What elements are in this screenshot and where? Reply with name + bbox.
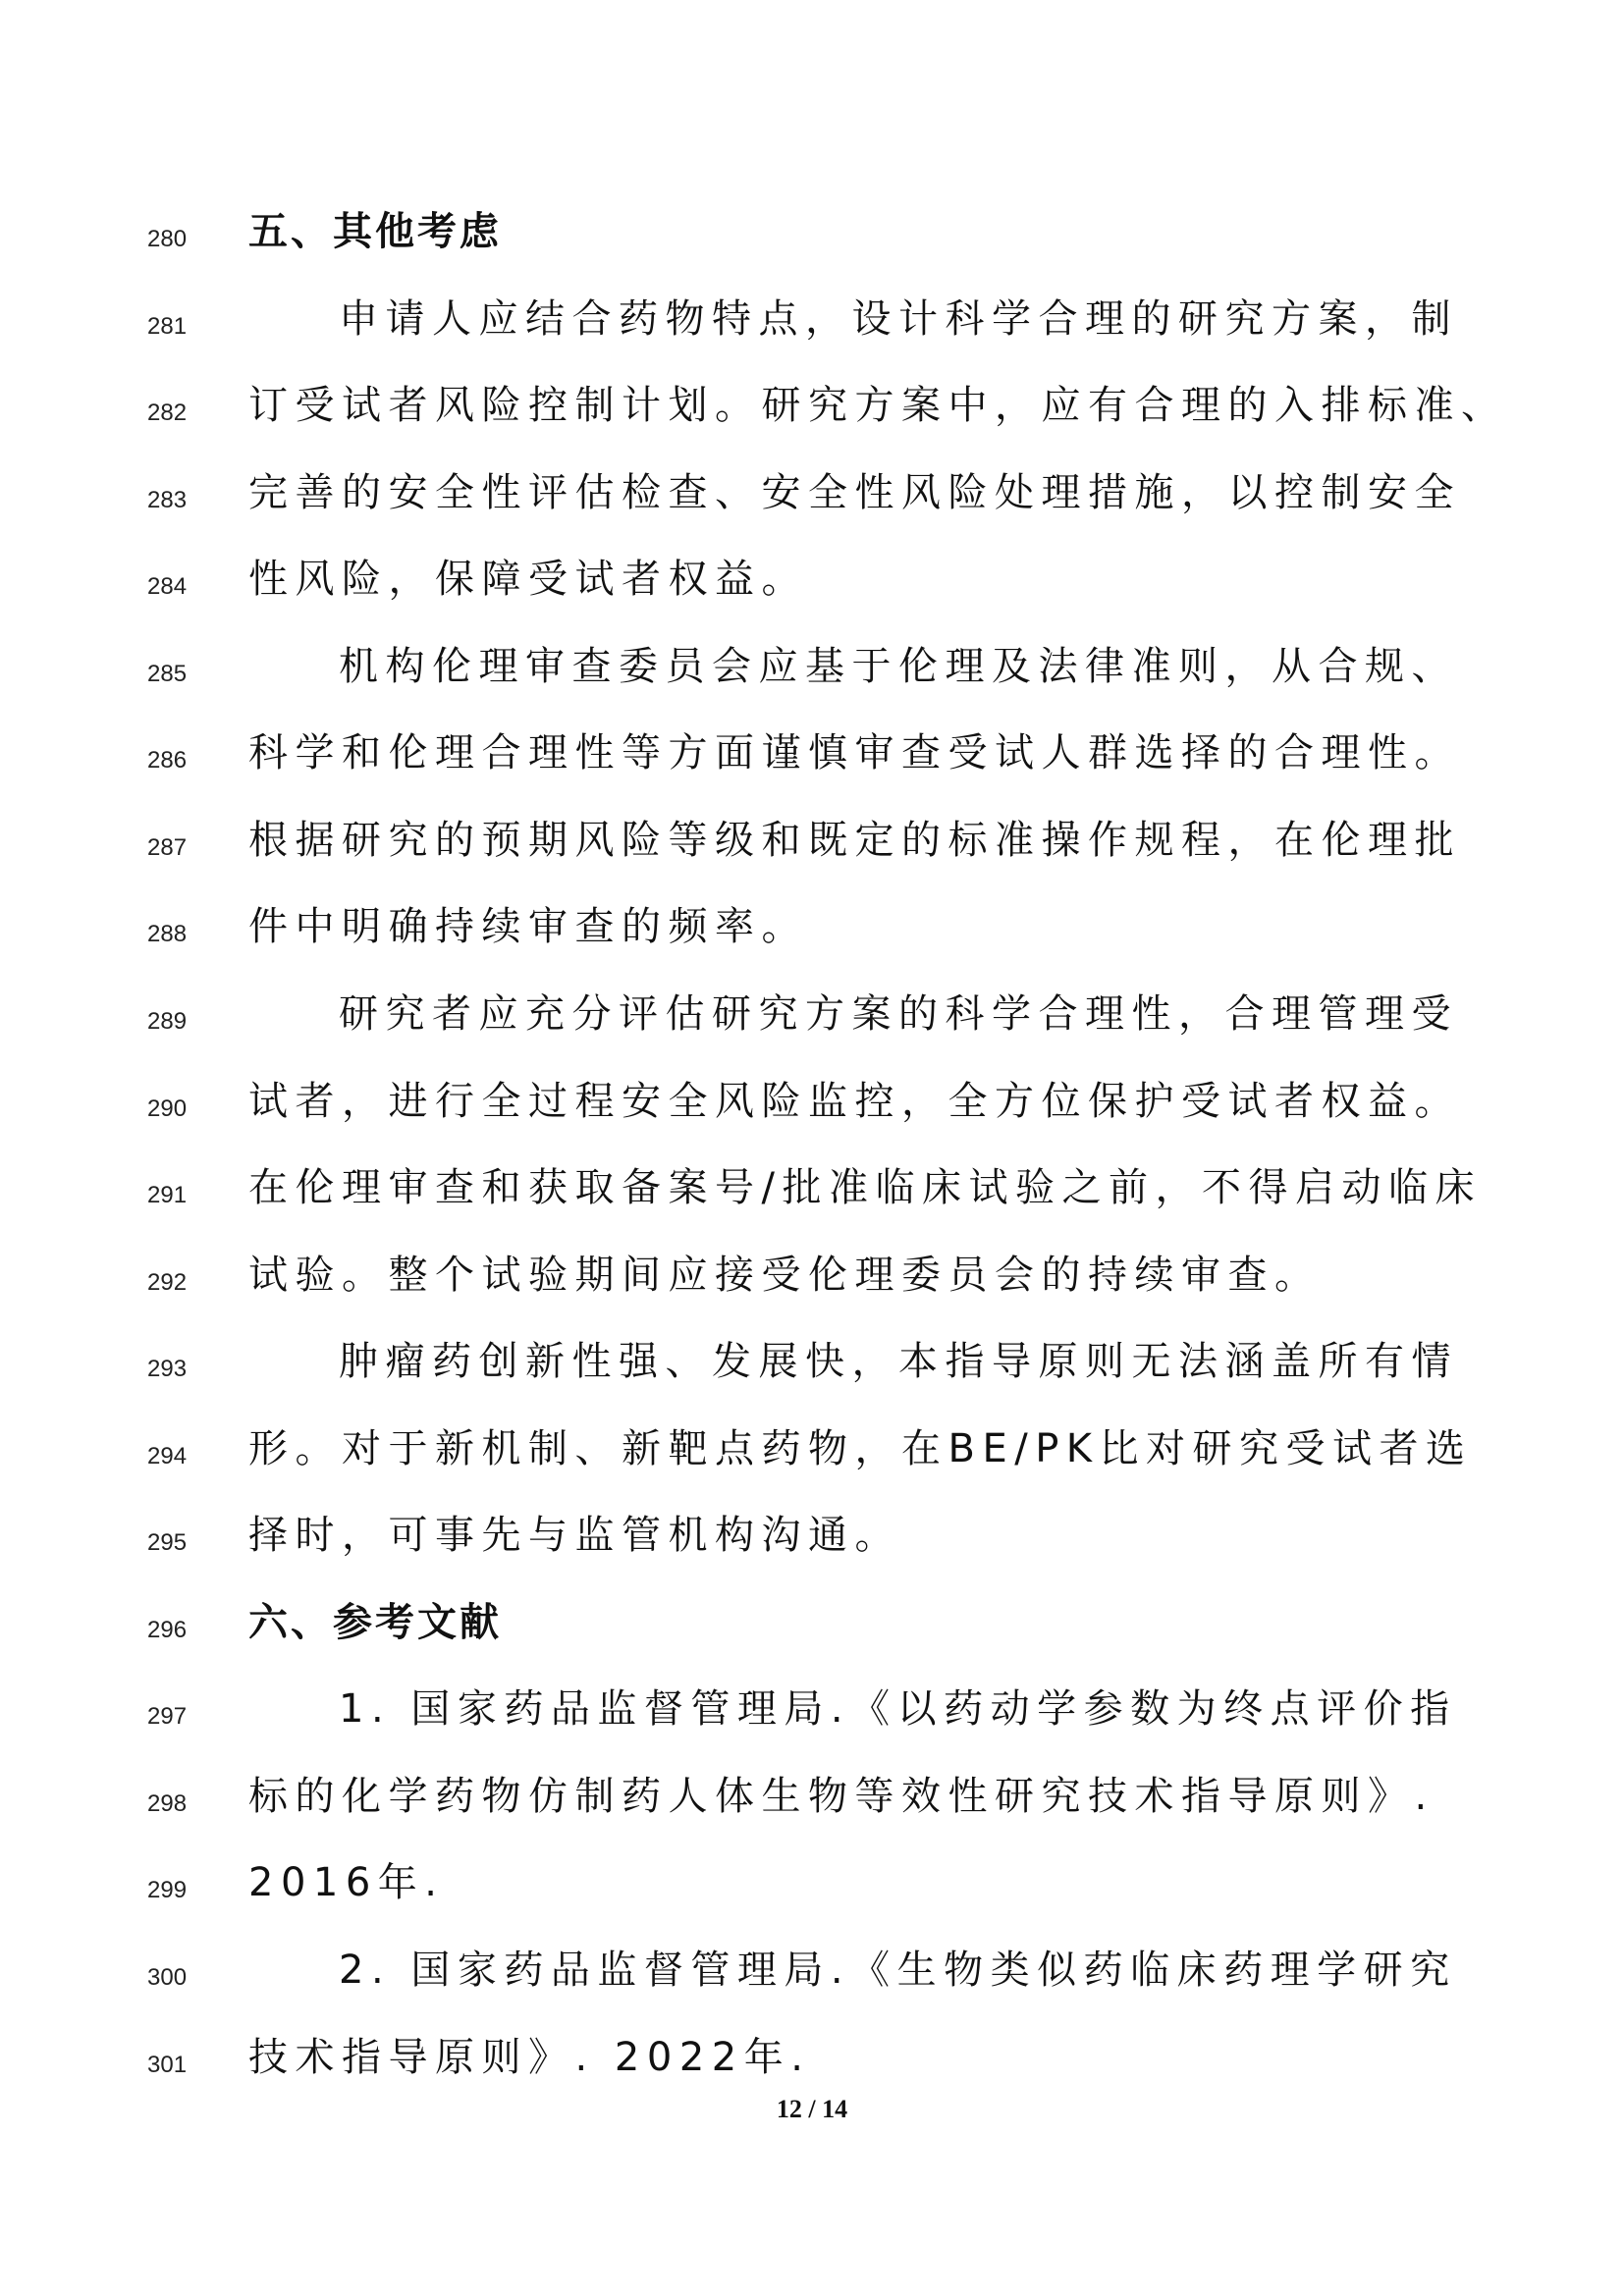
line-number: 293 (147, 1358, 206, 1381)
paragraph-text: 择时，可事先与监管机构沟通。 (248, 1512, 1387, 1559)
paragraph-text: 研究者应充分评估研究方案的科学合理性，合理管理受 (339, 990, 1478, 1038)
paragraph-text: 机构伦理审查委员会应基于伦理及法律准则，从合规、 (339, 643, 1478, 690)
line-number: 288 (147, 923, 206, 946)
line-number: 285 (147, 663, 206, 686)
paragraph-text: 肿瘤药创新性强、发展快，本指导原则无法涵盖所有情 (339, 1338, 1478, 1385)
line-number: 280 (147, 228, 206, 251)
line-number: 281 (147, 315, 206, 339)
section-heading: 五、其他考虑 (248, 208, 1387, 255)
line-number: 289 (147, 1010, 206, 1034)
paragraph-text: 2. 国家药品监督管理局.《生物类似药临床药理学研究 (339, 1947, 1478, 1994)
text-line: 288件中明确持续审查的频率。 (0, 891, 1624, 978)
line-number: 298 (147, 1792, 206, 1816)
line-number: 297 (147, 1705, 206, 1729)
line-number: 294 (147, 1445, 206, 1468)
line-number: 296 (147, 1619, 206, 1642)
text-line: 3002. 国家药品监督管理局.《生物类似药临床药理学研究 (0, 1935, 1624, 2021)
line-number: 301 (147, 2054, 206, 2077)
text-line: 289研究者应充分评估研究方案的科学合理性，合理管理受 (0, 979, 1624, 1065)
line-number: 283 (147, 489, 206, 512)
section-heading-line: 296六、参考文献 (0, 1587, 1624, 1674)
line-number: 290 (147, 1097, 206, 1121)
line-number: 282 (147, 401, 206, 425)
text-line: 293肿瘤药创新性强、发展快，本指导原则无法涵盖所有情 (0, 1326, 1624, 1413)
text-line: 286科学和伦理合理性等方面谨慎审查受试人群选择的合理性。 (0, 718, 1624, 804)
line-number: 286 (147, 749, 206, 773)
text-line: 284性风险，保障受试者权益。 (0, 544, 1624, 630)
line-number: 295 (147, 1531, 206, 1555)
paragraph-text: 标的化学药物仿制药人体生物等效性研究技术指导原则》. (248, 1773, 1387, 1820)
section-heading: 六、参考文献 (248, 1599, 1387, 1646)
paragraph-text: 完善的安全性评估检查、安全性风险处理措施，以控制安全 (248, 469, 1387, 516)
line-number: 300 (147, 1966, 206, 1990)
paragraph-text: 在伦理审查和获取备案号/批准临床试验之前，不得启动临床 (248, 1164, 1387, 1211)
line-number: 299 (147, 1879, 206, 1902)
text-line: 2971. 国家药品监督管理局.《以药动学参数为终点评价指 (0, 1674, 1624, 1760)
text-line: 283完善的安全性评估检查、安全性风险处理措施，以控制安全 (0, 457, 1624, 544)
text-line: 2992016年. (0, 1847, 1624, 1934)
paragraph-text: 试者，进行全过程安全风险监控，全方位保护受试者权益。 (248, 1078, 1387, 1125)
text-line: 294形。对于新机制、新靶点药物，在BE/PK比对研究受试者选 (0, 1414, 1624, 1500)
text-line: 290试者，进行全过程安全风险监控，全方位保护受试者权益。 (0, 1066, 1624, 1152)
paragraph-text: 形。对于新机制、新靶点药物，在BE/PK比对研究受试者选 (248, 1425, 1387, 1472)
text-line: 285机构伦理审查委员会应基于伦理及法律准则，从合规、 (0, 631, 1624, 718)
paragraph-text: 件中明确持续审查的频率。 (248, 903, 1387, 950)
line-number: 291 (147, 1184, 206, 1207)
line-number: 284 (147, 575, 206, 599)
text-line: 295择时，可事先与监管机构沟通。 (0, 1500, 1624, 1586)
paragraph-text: 试验。整个试验期间应接受伦理委员会的持续审查。 (248, 1252, 1387, 1299)
page-number: 12 / 14 (0, 2095, 1624, 2124)
paragraph-text: 申请人应结合药物特点，设计科学合理的研究方案，制 (339, 295, 1478, 343)
paragraph-text: 根据研究的预期风险等级和既定的标准操作规程，在伦理批 (248, 817, 1387, 864)
section-heading-line: 280五、其他考虑 (0, 196, 1624, 283)
paragraph-text: 订受试者风险控制计划。研究方案中，应有合理的入排标准、 (248, 382, 1387, 429)
paragraph-text: 性风险，保障受试者权益。 (248, 556, 1387, 603)
paragraph-text: 2016年. (248, 1859, 1387, 1906)
text-line: 298标的化学药物仿制药人体生物等效性研究技术指导原则》. (0, 1761, 1624, 1847)
text-line: 291在伦理审查和获取备案号/批准临床试验之前，不得启动临床 (0, 1152, 1624, 1239)
text-line: 287根据研究的预期风险等级和既定的标准操作规程，在伦理批 (0, 805, 1624, 891)
line-number: 287 (147, 836, 206, 860)
paragraph-text: 1. 国家药品监督管理局.《以药动学参数为终点评价指 (339, 1685, 1478, 1733)
line-number: 292 (147, 1271, 206, 1295)
text-line: 292试验。整个试验期间应接受伦理委员会的持续审查。 (0, 1240, 1624, 1326)
paragraph-text: 科学和伦理合理性等方面谨慎审查受试人群选择的合理性。 (248, 729, 1387, 776)
text-line: 282订受试者风险控制计划。研究方案中，应有合理的入排标准、 (0, 370, 1624, 456)
paragraph-text: 技术指导原则》. 2022年. (248, 2034, 1387, 2081)
text-line: 281申请人应结合药物特点，设计科学合理的研究方案，制 (0, 284, 1624, 370)
document-page: 280五、其他考虑281申请人应结合药物特点，设计科学合理的研究方案，制282订… (0, 0, 1624, 2296)
